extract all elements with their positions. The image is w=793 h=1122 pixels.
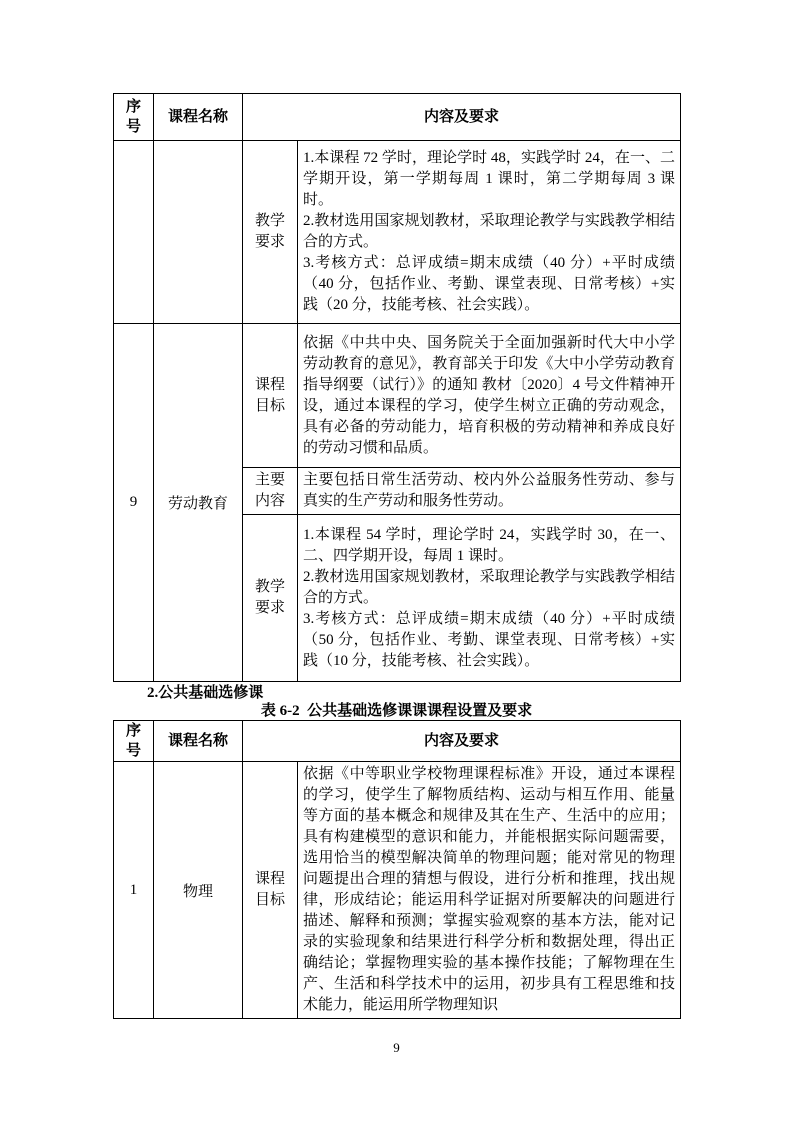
table2-physics-row: 1 物理 课程目标 依据《中等职业学校物理课程标准》开设，通过本课程的学习，使学… <box>114 762 681 1019</box>
required-courses-table: 序号 课程名称 内容及要求 教学要求 1.本课程 72 学时，理论学时 48，实… <box>113 93 681 682</box>
main-content-label-cell: 主要内容 <box>243 468 298 515</box>
course-goal-label-physics: 课程目标 <box>254 869 286 911</box>
course-goal-label: 课程目标 <box>254 375 286 417</box>
main-content-text: 主要包括日常生活劳动、校内外公益服务性劳动、参与真实的生产劳动和服务性劳动。 <box>298 468 681 515</box>
elective-courses-table: 序号 课程名称 内容及要求 1 物理 课程目标 依据《中等职业学校物理课程标准》… <box>113 720 681 1019</box>
empty-seq-cell <box>114 141 154 324</box>
document-page: 序号 课程名称 内容及要求 教学要求 1.本课程 72 学时，理论学时 48，实… <box>0 0 793 1122</box>
seq-cell-physics: 1 <box>114 762 154 1019</box>
course-goal-text-physics: 依据《中等职业学校物理课程标准》开设，通过本课程的学习，使学生了解物质结构、运动… <box>298 762 681 1019</box>
course-goal-label-cell: 课程目标 <box>243 324 298 468</box>
teaching-requirements-label-cell-2: 教学要求 <box>243 515 298 682</box>
col-header-content-2: 内容及要求 <box>243 721 681 762</box>
course-name-cell-physics: 物理 <box>154 762 243 1019</box>
table-caption: 表 6-2 公共基础选修课课课程设置及要求 <box>113 699 680 720</box>
teaching-requirements-text: 1.本课程 72 学时，理论学时 48，实践学时 24，在一、二学期开设，第一学… <box>298 141 681 324</box>
col-header-seq-2: 序号 <box>114 721 154 762</box>
teaching-requirements-label: 教学要求 <box>254 211 286 253</box>
col-header-seq-label: 序号 <box>125 97 142 137</box>
col-header-content: 内容及要求 <box>243 94 681 141</box>
col-header-course-2: 课程名称 <box>154 721 243 762</box>
course-goal-text: 依据《中共中央、国务院关于全面加强新时代大中小学劳动教育的意见》，教育部关于印发… <box>298 324 681 468</box>
teaching-requirements-label-cell: 教学要求 <box>243 141 298 324</box>
col-header-course: 课程名称 <box>154 94 243 141</box>
main-content-label: 主要内容 <box>254 470 286 512</box>
col-header-seq: 序号 <box>114 94 154 141</box>
teaching-requirements-text-2: 1.本课程 54 学时，理论学时 24，实践学时 30，在一、二、四学期开设，每… <box>298 515 681 682</box>
page-number: 9 <box>0 1040 793 1056</box>
teaching-requirements-label-2: 教学要求 <box>254 577 286 619</box>
table1-continued-row: 教学要求 1.本课程 72 学时，理论学时 48，实践学时 24，在一、二学期开… <box>114 141 681 324</box>
table2-header-row: 序号 课程名称 内容及要求 <box>114 721 681 762</box>
empty-course-cell <box>154 141 243 324</box>
seq-cell: 9 <box>114 324 154 682</box>
course-name-cell: 劳动教育 <box>154 324 243 682</box>
table1-labor-goal-row: 9 劳动教育 课程目标 依据《中共中央、国务院关于全面加强新时代大中小学劳动教育… <box>114 324 681 468</box>
col-header-seq-label-2: 序号 <box>125 721 142 761</box>
table1-header-row: 序号 课程名称 内容及要求 <box>114 94 681 141</box>
course-goal-label-cell-physics: 课程目标 <box>243 762 298 1019</box>
